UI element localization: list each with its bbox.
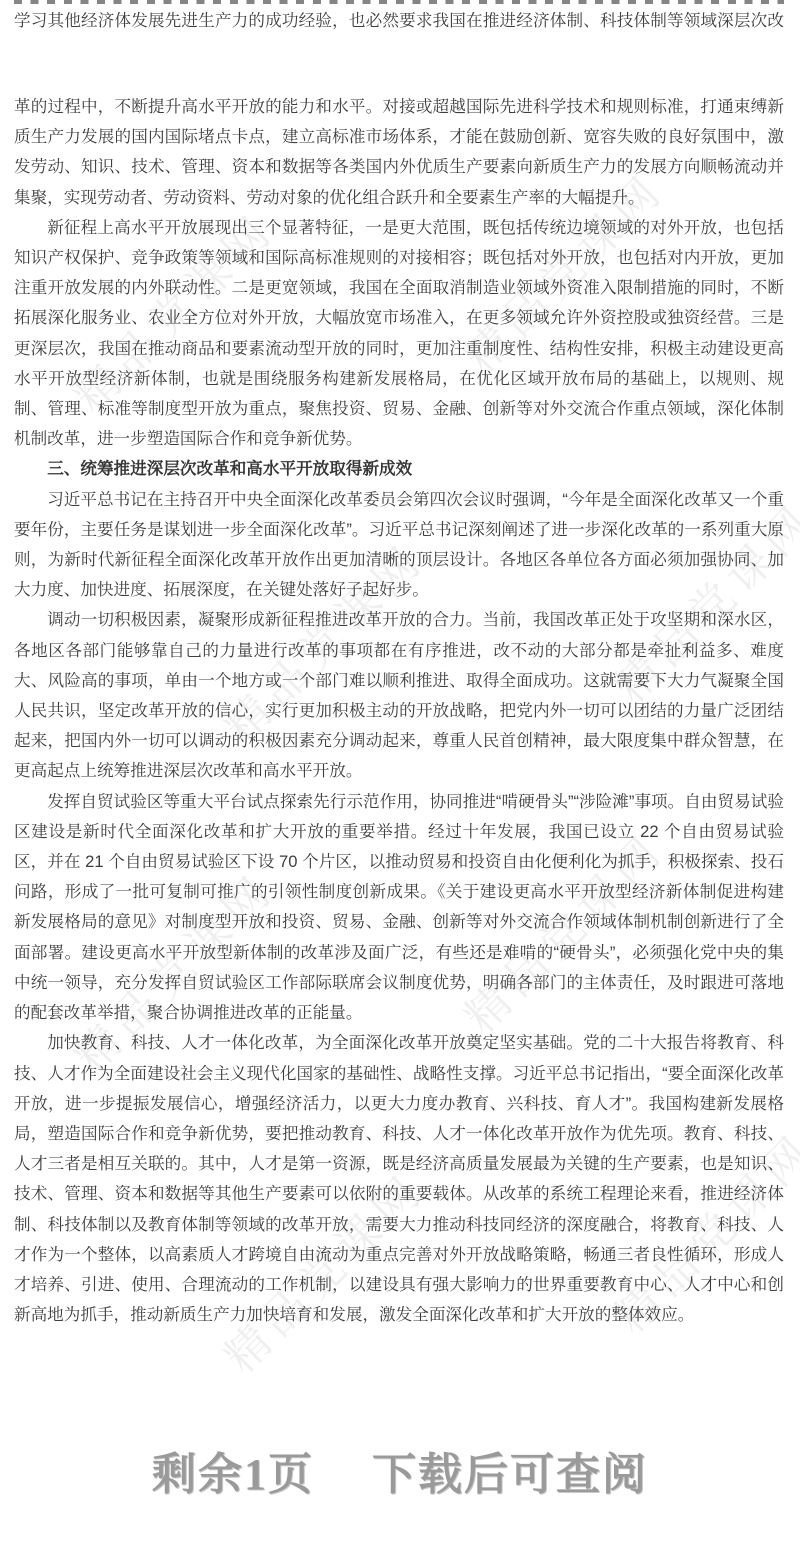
paragraph-mobilize-factors: 调动一切积极因素，凝聚形成新征程推进改革开放的合力。当前，我国改革正处于攻坚期和… [14, 605, 784, 786]
paragraph-three-features: 新征程上高水平开放展现出三个显著特征，一是更大范围，既包括传统边境领域的对外开放… [14, 213, 784, 455]
section-heading-three: 三、统筹推进深层次改革和高水平开放取得新成效 [14, 454, 784, 484]
paragraph-free-trade-zones: 发挥自贸试验区等重大平台试点探索先行示范作用，协同推进“啃硬骨头”“涉险滩”事项… [14, 787, 784, 1029]
download-hint-label: 下载后可查阅 [372, 1450, 648, 1499]
document-body: 革的过程中，不断提升高水平开放的能力和水平。对接或超越国际先进科学技术和规则标准… [14, 92, 784, 1330]
previous-page-last-line: 学习其他经济体发展先进生产力的成功经验，也必然要求我国在推进经济体制、科技体制等… [14, 8, 784, 34]
clipped-line-fragment [14, 0, 784, 4]
paragraph-education-tech-talent: 加快教育、科技、人才一体化改革，为全面深化改革开放奠定坚实基础。党的二十大报告将… [14, 1028, 784, 1330]
remaining-pages-label: 剩余1页 [152, 1450, 314, 1499]
download-notice: 剩余1页下载后可查阅 [0, 1438, 800, 1502]
document-preview-page: 学习其他经济体发展先进生产力的成功经验，也必然要求我国在推进经济体制、科技体制等… [0, 0, 800, 1542]
paragraph-xi-remarks: 习近平总书记在主持召开中央全面深化改革委员会第四次会议时强调，“今年是全面深化改… [14, 485, 784, 606]
paragraph-continuation: 革的过程中，不断提升高水平开放的能力和水平。对接或超越国际先进科学技术和规则标准… [14, 92, 784, 213]
